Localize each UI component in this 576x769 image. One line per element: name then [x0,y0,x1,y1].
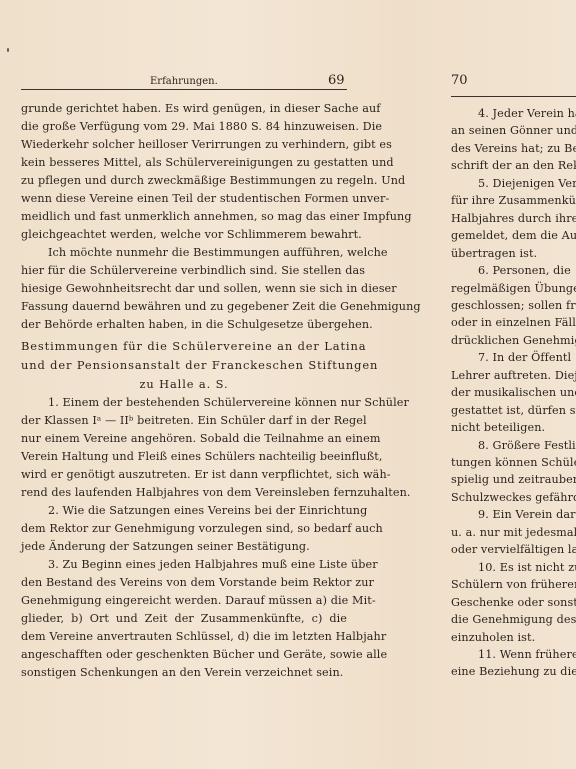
text-line: der Behörde erhalten haben, in die Schul… [21,315,373,335]
text-line: grunde gerichtet haben. Es wird genügen,… [21,99,347,119]
left-page: Erfahrungen. 69 grunde gerichtet haben. … [0,0,400,769]
header-rule [21,89,347,90]
text-line: meidlich und fast unmerklich annehmen, s… [21,207,347,227]
rule-line: Verein Haltung und Fleiß eines Schülers … [21,447,347,467]
text-line: hiesige Gewohnheitsrecht dar und sollen,… [21,279,347,299]
running-title: Erfahrungen. [150,76,218,87]
page-number: 69 [328,73,345,88]
section-heading: und der Pensionsanstalt der Franckeschen… [21,355,347,375]
rule-line: angeschafften oder geschenkten Bücher un… [21,645,347,665]
rule-line: Genehmigung eingereicht werden. Darauf m… [21,591,347,611]
text-line: zu pflegen und durch zweckmäßige Bestimm… [21,171,347,191]
text-line: Fassung dauernd bewähren und zu gegebene… [21,297,347,317]
text-line: Ich möchte nunmehr die Bestimmungen auff… [48,243,347,263]
rule-line: sonstigen Schenkungen an den Verein verz… [21,663,343,683]
text-line: wenn diese Vereine einen Teil der studen… [21,189,347,209]
rule-line: nur einem Vereine angehören. Sobald die … [21,429,347,449]
header-rule [451,96,576,97]
rule-line: dem Rektor zur Genehmigung vorzulegen si… [21,519,347,539]
text-line: eine Beziehung zu dieser [451,662,576,682]
rule-line: jede Änderung der Satzungen seiner Bestä… [21,537,310,557]
paper-speck [7,48,9,52]
rule-line: wird er genötigt auszutreten. Er ist dan… [21,465,347,485]
text-line: kein besseres Mittel, als Schülervereini… [21,153,347,173]
right-page: 70 4. Jeder Verein hatan seinen Gönner u… [420,0,576,769]
rule-line: rend des laufenden Halbjahres von dem Ve… [21,483,411,503]
text-line: die große Verfügung vom 29. Mai 1880 S. … [21,117,347,137]
text-line: Wiederkehr solcher heilloser Verirrungen… [21,135,347,155]
section-heading: zu Halle a. S. [21,374,347,394]
rule-line: der Klassen Iᵃ — IIᵇ beitreten. Ein Schü… [21,411,347,431]
rule-line: 3. Zu Beginn eines jeden Halbjahres muß … [48,555,347,575]
section-heading: Bestimmungen für die Schülervereine an d… [21,336,347,356]
rule-line: glieder, b) Ort und Zeit der Zusammenkün… [21,609,347,629]
page-number: 70 [451,73,468,88]
rule-line: 2. Wie die Satzungen eines Vereins bei d… [48,501,347,521]
text-line: gleichgeachtet werden, welche vor Schlim… [21,225,362,245]
rule-line: dem Vereine anvertrauten Schlüssel, d) d… [21,627,347,647]
text-line: hier für die Schülervereine verbindlich … [21,261,347,281]
rule-line: den Bestand des Vereins von dem Vorstand… [21,573,347,593]
rule-line: 1. Einem der bestehenden Schülervereine … [48,393,347,413]
